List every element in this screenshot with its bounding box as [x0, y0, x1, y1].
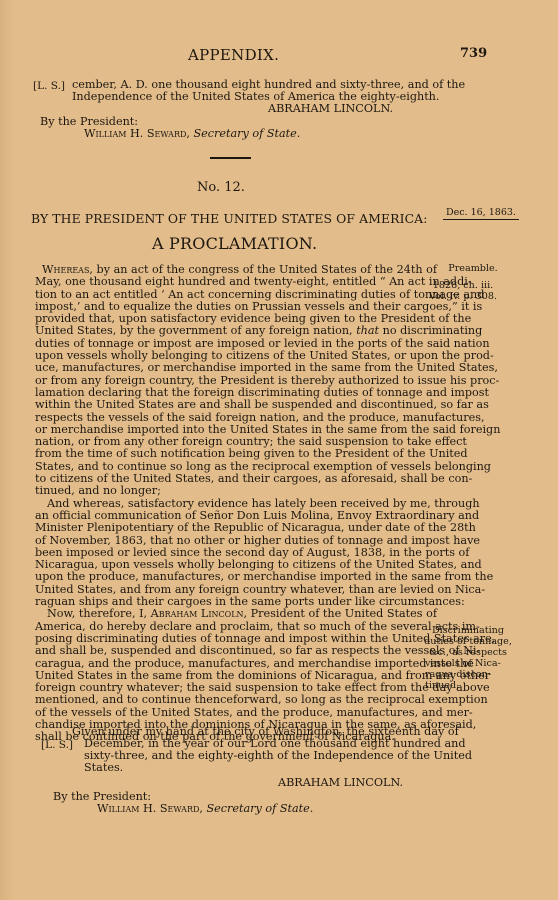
seal-mark-top: [L. S.] — [33, 80, 65, 92]
book-page: APPENDIX. 739 [L. S.] cember, A. D. one … — [0, 0, 558, 900]
proclamation-title: A PROCLAMATION. — [152, 234, 317, 253]
secretary-title: Secretary of State. — [207, 802, 314, 815]
body-line: from the time of such notification being… — [35, 448, 407, 460]
proclamation-body: Whereas, by an act of the congress of th… — [35, 264, 407, 744]
body-line: within the United States are and shall b… — [35, 399, 407, 411]
seal-mark-bottom: [L. S.] — [41, 739, 73, 751]
body-line: respects the vessels of the said foreign… — [35, 412, 407, 424]
body-line: mentioned, and to continue thenceforward… — [35, 694, 407, 706]
prev-secretary-name: William H. Seward, — [84, 127, 190, 140]
signature: ABRAHAM LINCOLN. — [278, 777, 403, 789]
prev-signature: ABRAHAM LINCOLN. — [268, 103, 393, 115]
given-line: States. — [84, 762, 123, 774]
body-line: Now, therefore, I, Abraham Lincoln, Pres… — [35, 608, 407, 620]
section-divider — [210, 157, 251, 159]
secretary-name: William H. Seward, — [97, 802, 203, 815]
margin-note-preamble: Preamble. — [423, 263, 523, 274]
body-line: United States, by the government of any … — [35, 325, 407, 337]
body-line: of November, 1863, that no other or high… — [35, 535, 407, 547]
body-line: caragua, and the produce, manufactures, … — [35, 658, 407, 670]
body-line: and shall be, suspended and discontinued… — [35, 645, 407, 657]
date-margin-note: Dec. 16, 1863. — [443, 207, 519, 220]
page-number: 739 — [460, 46, 487, 61]
body-line: tinued, and no longer; — [35, 485, 407, 497]
secretary-line: William H. Seward, Secretary of State. — [97, 803, 313, 815]
body-line: Minister Plenipotentiary of the Republic… — [35, 522, 407, 534]
running-head: APPENDIX. — [188, 46, 279, 64]
prev-secretary: William H. Seward, Secretary of State. — [84, 128, 300, 140]
given-line: sixty-three, and the eighty-eighth of th… — [84, 750, 472, 762]
proclamation-heading: BY THE PRESIDENT OF THE UNITED STATES OF… — [31, 211, 427, 226]
prev-secretary-title: Secretary of State. — [194, 127, 301, 140]
body-line: upon the produce, manufactures, or merch… — [35, 571, 407, 583]
body-line: May, one thousand eight hundred and twen… — [35, 276, 407, 288]
document-number: No. 12. — [197, 180, 245, 195]
body-line: uce, manufactures, or merchandise import… — [35, 362, 407, 374]
